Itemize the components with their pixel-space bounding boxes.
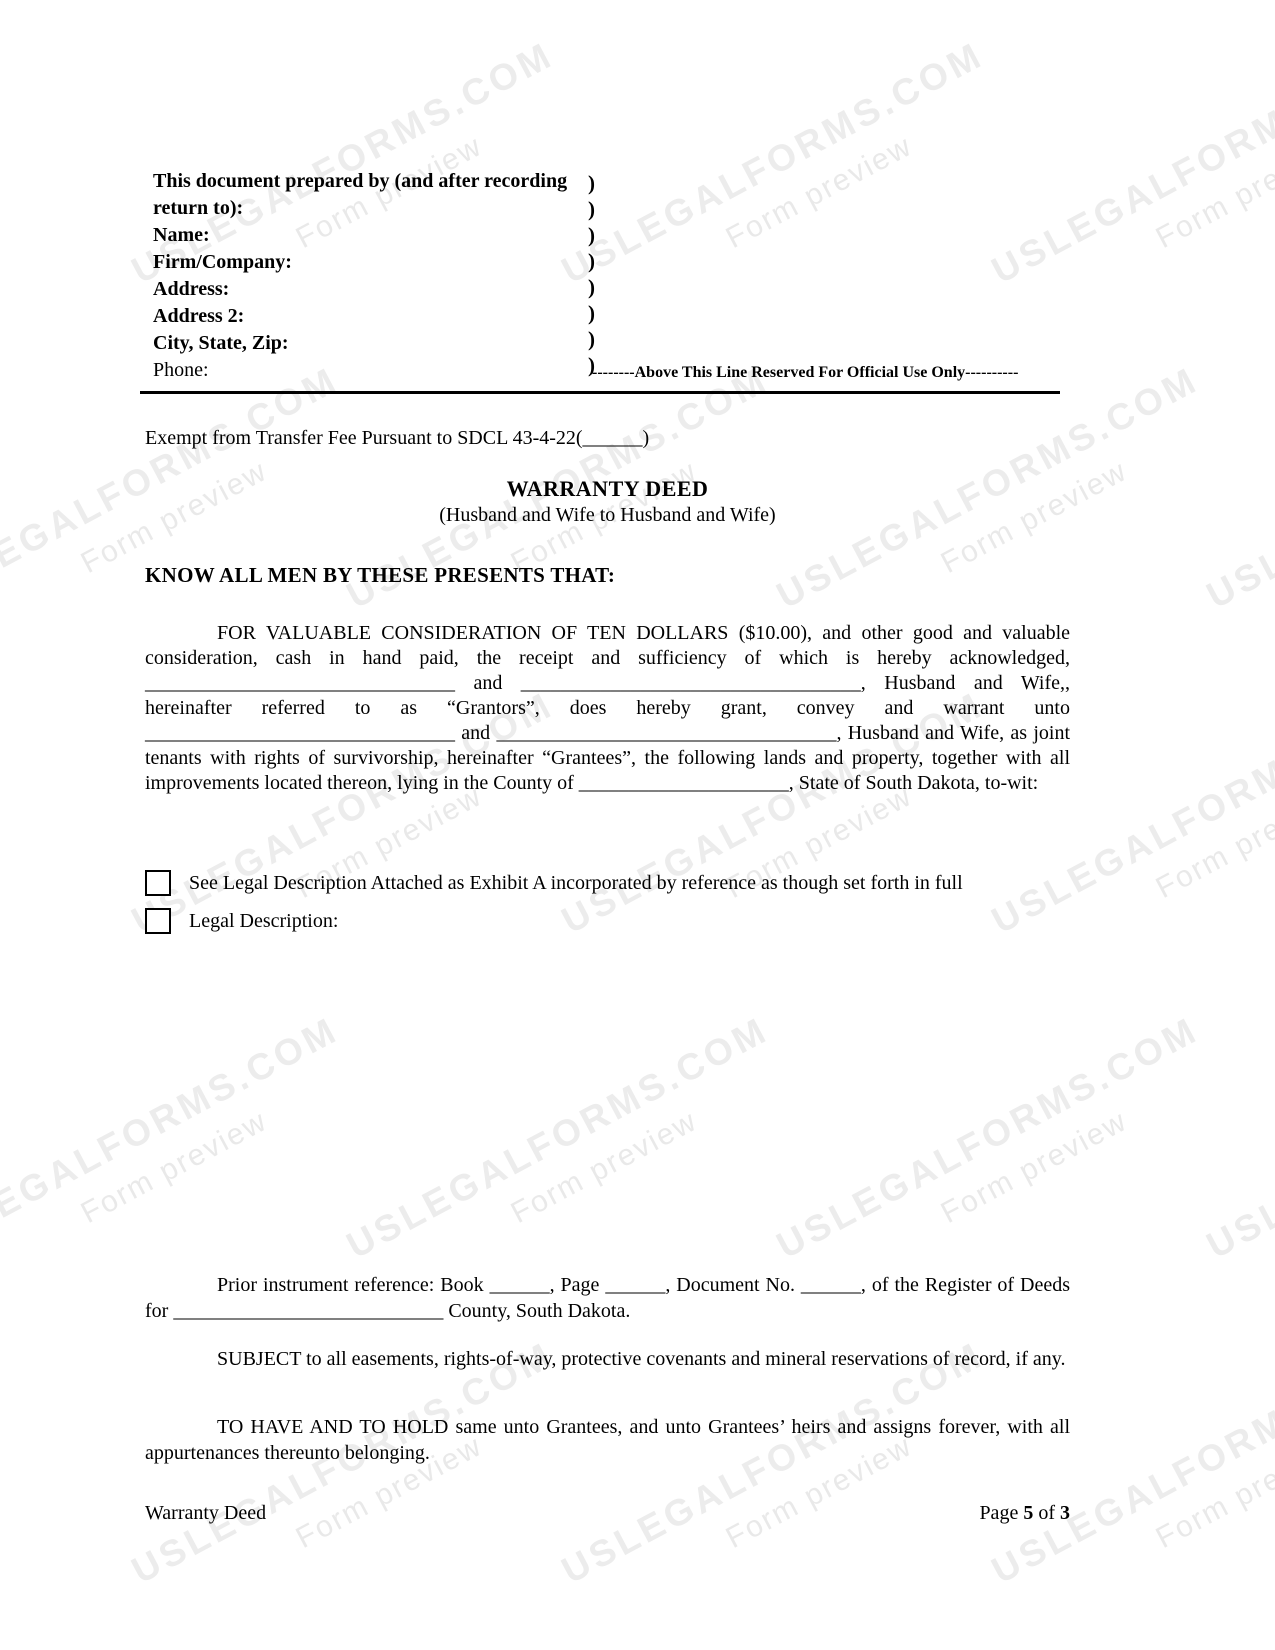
- footer-of-word: of: [1038, 1502, 1055, 1524]
- phone-field-label: Phone:: [153, 357, 593, 384]
- document-page: USLEGALFORMS.COMForm previewUSLEGALFORMS…: [0, 0, 1275, 1650]
- footer-page-indicator: Page 5 of 3: [645, 1502, 1070, 1525]
- page-content: This document prepared by (and after rec…: [0, 0, 1275, 1650]
- closing-paren: ): [588, 222, 595, 248]
- firm-company-field-label: Firm/Company:: [153, 249, 593, 276]
- city-state-zip-field-label: City, State, Zip:: [153, 330, 593, 357]
- closing-paren: ): [588, 274, 595, 300]
- closing-paren: ): [588, 248, 595, 274]
- page-subtitle: (Husband and Wife to Husband and Wife): [145, 504, 1070, 527]
- prepared-by-label-line1: This document prepared by (and after rec…: [153, 168, 593, 195]
- transfer-fee-exempt-line: Exempt from Transfer Fee Pursuant to SDC…: [145, 427, 649, 450]
- consideration-paragraph: FOR VALUABLE CONSIDERATION OF TEN DOLLAR…: [145, 621, 1070, 796]
- closing-paren: ): [588, 300, 595, 326]
- footer-document-name: Warranty Deed: [145, 1502, 266, 1525]
- prepared-by-block: This document prepared by (and after rec…: [153, 168, 593, 384]
- legal-description-checkbox-row: Legal Description:: [145, 908, 338, 934]
- paren-column: ) ) ) ) ) ) ) ): [588, 170, 595, 378]
- prepared-by-label-line2: return to):: [153, 195, 593, 222]
- exhibit-a-checkbox-row: See Legal Description Attached as Exhibi…: [145, 870, 963, 896]
- footer-page-total: 3: [1060, 1502, 1070, 1524]
- prior-instrument-paragraph: Prior instrument reference: Book ______,…: [145, 1272, 1070, 1324]
- know-all-men-heading: KNOW ALL MEN BY THESE PRESENTS THAT:: [145, 563, 615, 588]
- address-field-label: Address:: [153, 276, 593, 303]
- exhibit-a-checkbox[interactable]: [145, 870, 171, 896]
- name-field-label: Name:: [153, 222, 593, 249]
- footer-page-word: Page: [979, 1502, 1018, 1524]
- footer-page-number: 5: [1023, 1502, 1033, 1524]
- closing-paren: ): [588, 196, 595, 222]
- closing-paren: ): [588, 170, 595, 196]
- closing-paren: ): [588, 326, 595, 352]
- page-title: WARRANTY DEED: [145, 476, 1070, 502]
- legal-description-checkbox[interactable]: [145, 908, 171, 934]
- exhibit-a-checkbox-label: See Legal Description Attached as Exhibi…: [189, 872, 963, 895]
- to-have-and-to-hold-paragraph: TO HAVE AND TO HOLD same unto Grantees, …: [145, 1414, 1070, 1466]
- address2-field-label: Address 2:: [153, 303, 593, 330]
- official-use-only-line: --------Above This Line Reserved For Off…: [592, 364, 1062, 382]
- legal-description-checkbox-label: Legal Description:: [189, 910, 338, 933]
- official-use-divider: [140, 391, 1060, 394]
- subject-paragraph: SUBJECT to all easements, rights-of-way,…: [145, 1346, 1070, 1372]
